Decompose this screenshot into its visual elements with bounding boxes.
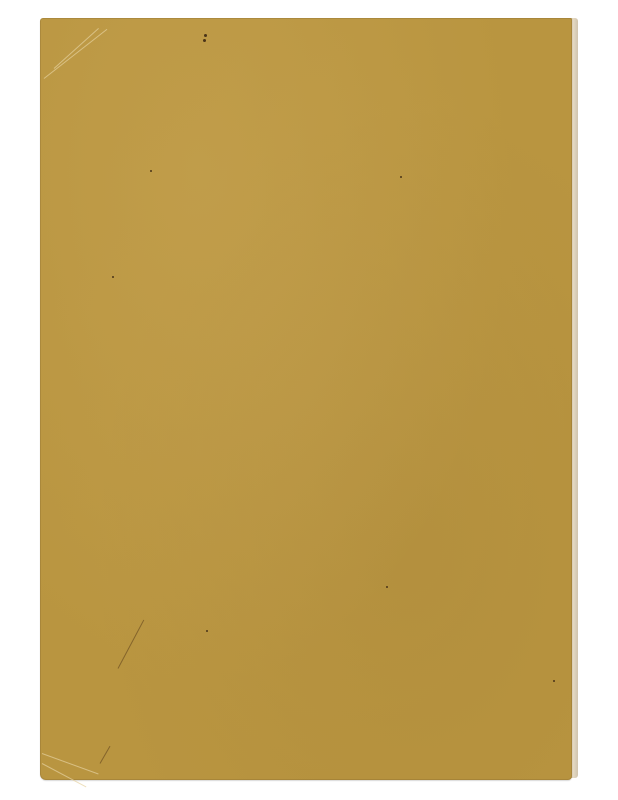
crease-mark xyxy=(54,28,99,69)
speck xyxy=(112,276,114,278)
speck xyxy=(400,176,402,178)
crease-mark xyxy=(42,753,99,774)
scratch-mark xyxy=(118,620,145,669)
crease-mark xyxy=(44,29,108,79)
book-cover xyxy=(40,18,572,780)
speck xyxy=(204,34,207,37)
speck xyxy=(553,680,555,682)
speck xyxy=(150,170,152,172)
speck xyxy=(206,630,208,632)
speck xyxy=(386,586,388,588)
scratch-mark xyxy=(100,746,111,764)
speck xyxy=(203,39,206,42)
